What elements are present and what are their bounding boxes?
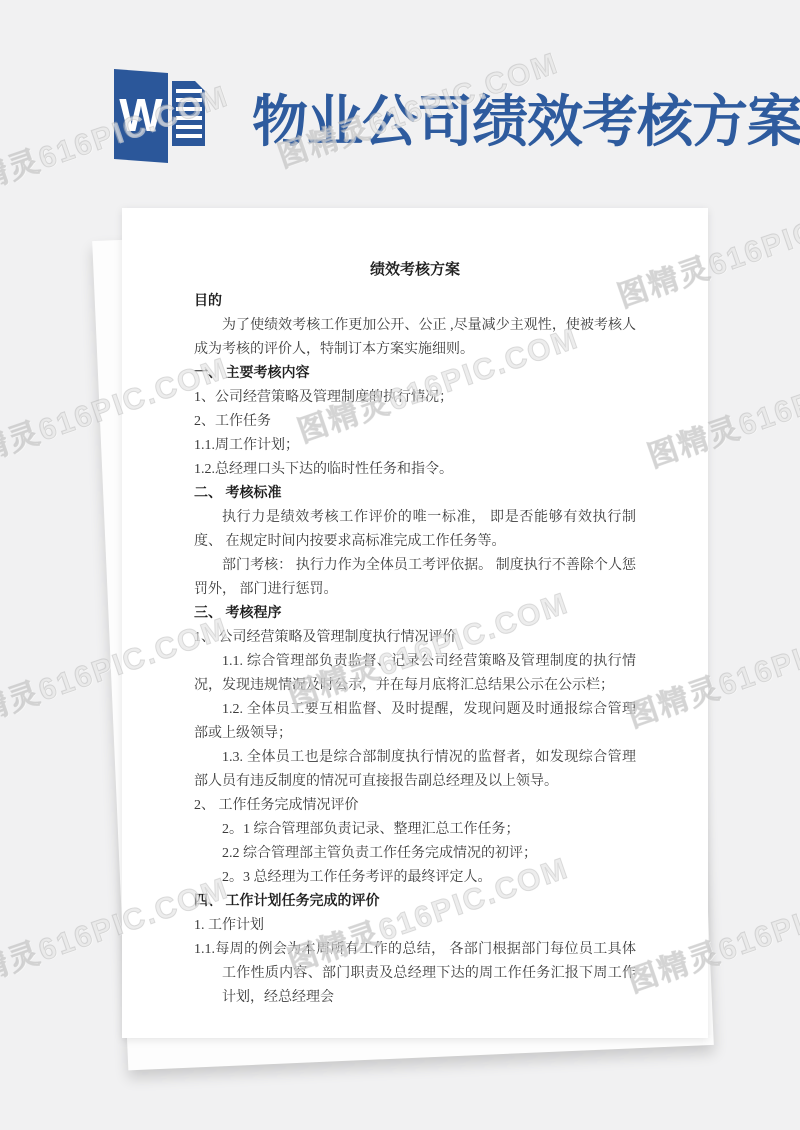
doc-paragraph: 1.3. 全体员工也是综合部制度执行情况的监督者，如发现综合管理部人员有违反制度… [194,746,636,794]
preview-background: W 物业公司绩效考核方案 绩效考核方案 目的 为了使绩效考核工作更加公开、公正 … [0,0,800,1130]
page-title: 物业公司绩效考核方案 [252,78,800,158]
doc-paragraph: 执行力是绩效考核工作评价的唯一标准， 即是否能够有效执行制度、 在规定时间内按要… [194,506,636,554]
word-icon: W [100,64,215,176]
doc-paragraph: 2。1 综合管理部负责记录、整理汇总工作任务； [222,818,636,842]
doc-paragraph: 为了使绩效考核工作更加公开、公正 ,尽量减少主观性，使被考核人成为考核的评价人，… [194,314,636,362]
document-front-page: 绩效考核方案 目的 为了使绩效考核工作更加公开、公正 ,尽量减少主观性，使被考核… [122,208,708,1038]
doc-paragraph: 1、 公司经营策略及管理制度执行情况评价 [194,626,636,650]
doc-paragraph: 1.1. 综合管理部负责监督、记录公司经营策略及管理制度的执行情况，发现违规情况… [194,650,636,698]
doc-heading-section-1: 一、 主要考核内容 [194,362,636,386]
doc-paragraph: 1.1.每周的例会为本周所有工作的总结， 各部门根据部门每位员工具体工作性质内容… [194,938,636,1010]
doc-paragraph: 2、工作任务 [194,410,636,434]
header: W 物业公司绩效考核方案 [0,0,800,190]
doc-heading-section-4: 四、 工作计划任务完成的评价 [194,890,636,914]
doc-paragraph: 2.2 综合管理部主管负责工作任务完成情况的初评； [222,842,636,866]
doc-paragraph: 1.2. 全体员工要互相监督、及时提醒，发现问题及时通报综合管理部或上级领导； [194,698,636,746]
document-stack: 绩效考核方案 目的 为了使绩效考核工作更加公开、公正 ,尽量减少主观性，使被考核… [122,208,708,1038]
doc-paragraph: 1.2.总经理口头下达的临时性任务和指令。 [194,458,636,482]
word-icon-letter: W [119,89,163,141]
doc-heading-purpose: 目的 [194,290,636,314]
doc-heading-section-2: 二、 考核标准 [194,482,636,506]
doc-paragraph: 1. 工作计划 [194,914,636,938]
doc-paragraph: 2、 工作任务完成情况评价 [194,794,636,818]
doc-paragraph: 1、公司经营策略及管理制度的执行情况； [194,386,636,410]
doc-heading-section-3: 三、 考核程序 [194,602,636,626]
doc-paragraph: 1.1.周工作计划； [194,434,636,458]
document-title: 绩效考核方案 [194,258,636,282]
doc-paragraph: 部门考核： 执行力作为全体员工考评依据。 制度执行不善除个人惩罚外， 部门进行惩… [194,554,636,602]
doc-paragraph: 2。3 总经理为工作任务考评的最终评定人。 [222,866,636,890]
